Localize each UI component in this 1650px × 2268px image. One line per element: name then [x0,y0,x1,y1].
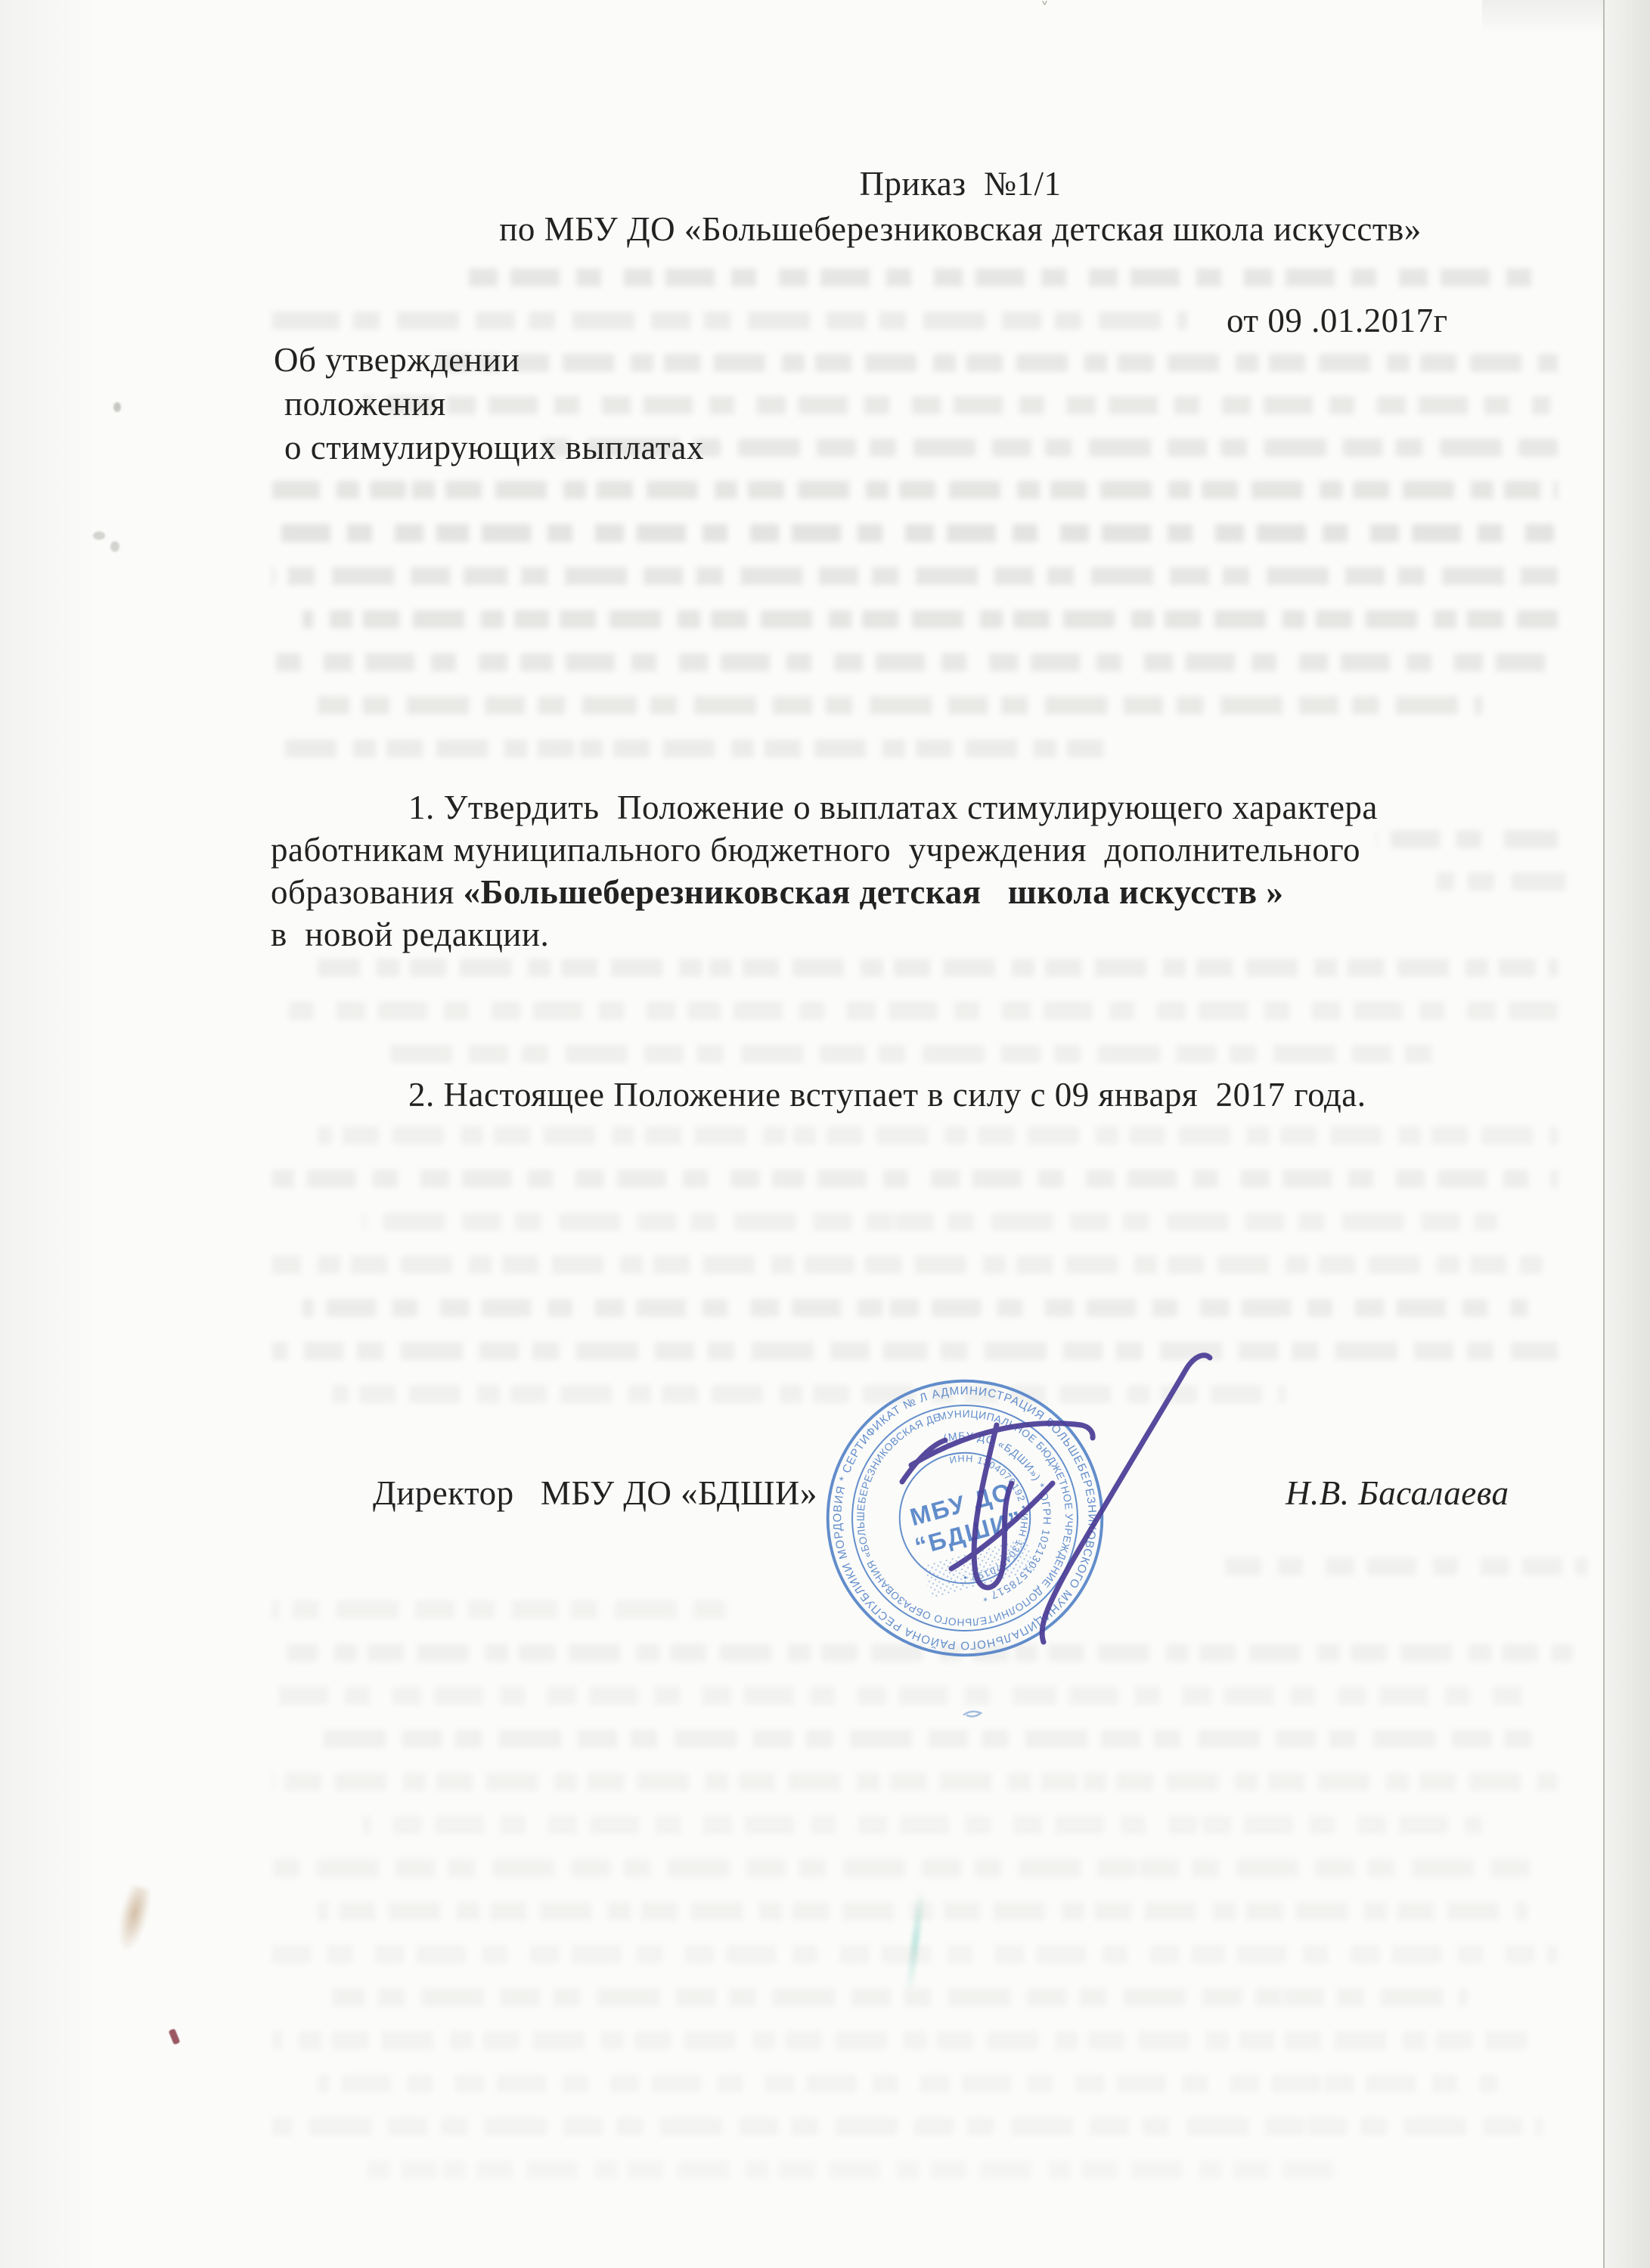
item1-line-3: образования «Большеберезниковская детска… [271,872,1283,912]
bleed-through-line [272,2031,1527,2050]
scan-artifact-chevron: ˅ [1041,2,1049,18]
item1-line-3-normal: образования [271,873,464,911]
bleed-through-line [272,1600,726,1619]
bleed-through-line [423,354,1558,372]
order-title: Приказ №1/1 [302,164,1618,204]
bleed-through-line [272,1256,1543,1274]
bleed-through-line [318,2074,1497,2093]
bleed-through-line [469,268,1550,287]
ink-fleck-teal [906,1888,926,1988]
bleed-through-line [272,524,1558,542]
bleed-through-line [1225,1557,1588,1576]
item1-line-2: работникам муниципального бюджетного учр… [271,830,1360,870]
bleed-through-line [333,1988,1467,2006]
bleed-through-line [272,739,1104,758]
bleed-through-line [302,1299,1527,1317]
bleed-through-line [272,567,1558,585]
item2-line: 2. Настоящее Положение вступает в силу с… [408,1075,1366,1115]
paper-speck [93,531,105,540]
bleed-through-line [363,1816,1482,1834]
bleed-through-line [318,696,1482,714]
paper-right-edge [1603,0,1650,2268]
bleed-through-line [272,2118,1543,2136]
bleed-through-line [272,1773,1558,1791]
bleed-through-line [272,311,1187,330]
ink-fleck [169,2028,181,2045]
bleed-through-line [272,653,1558,671]
bleed-through-line [363,2161,1346,2179]
bleed-through-line [363,396,1550,414]
bleed-through-line [272,1002,1558,1020]
bleed-through-line [1437,872,1565,891]
director-line: Директор МБУ ДО «БДШИ» [373,1473,817,1514]
paper-top-corner-shading [1482,0,1603,35]
bleed-through-line [272,1859,1543,1877]
bleed-through-line [1376,830,1558,848]
order-subtitle: по МБУ ДО «Большеберезниковская детская … [302,209,1618,249]
order-date: от 09 .01.2017г [1227,301,1448,341]
item1-line-4: в новой редакции. [271,915,549,955]
item1-line-1: 1. Утвердить Положение о выплатах стимул… [408,788,1378,828]
paper-stain [112,1884,154,1955]
paper-speck [113,402,121,412]
bleed-through-line [318,959,1558,977]
subject-line-2: положения [284,384,446,424]
scanned-order-page: { "document": { "title_line1": "Приказ №… [0,0,1650,2268]
director-name: Н.В. Басалаева [1286,1473,1509,1514]
subject-line-1: Об утверждении [274,340,520,380]
paper-speck [110,541,119,552]
bleed-through-line [318,1126,1558,1145]
bleed-through-line [378,1045,1437,1063]
bleed-through-line [272,481,1558,499]
paper-left-shading [0,0,98,2268]
subject-line-3: о стимулирующих выплатах [284,428,704,468]
handwritten-signature [817,1331,1240,1754]
school-name-bold: «Большеберезниковская детская школа иску… [464,873,1284,911]
bleed-through-line [363,1213,1497,1231]
bleed-through-line [272,1170,1558,1188]
bleed-through-line [302,610,1558,628]
